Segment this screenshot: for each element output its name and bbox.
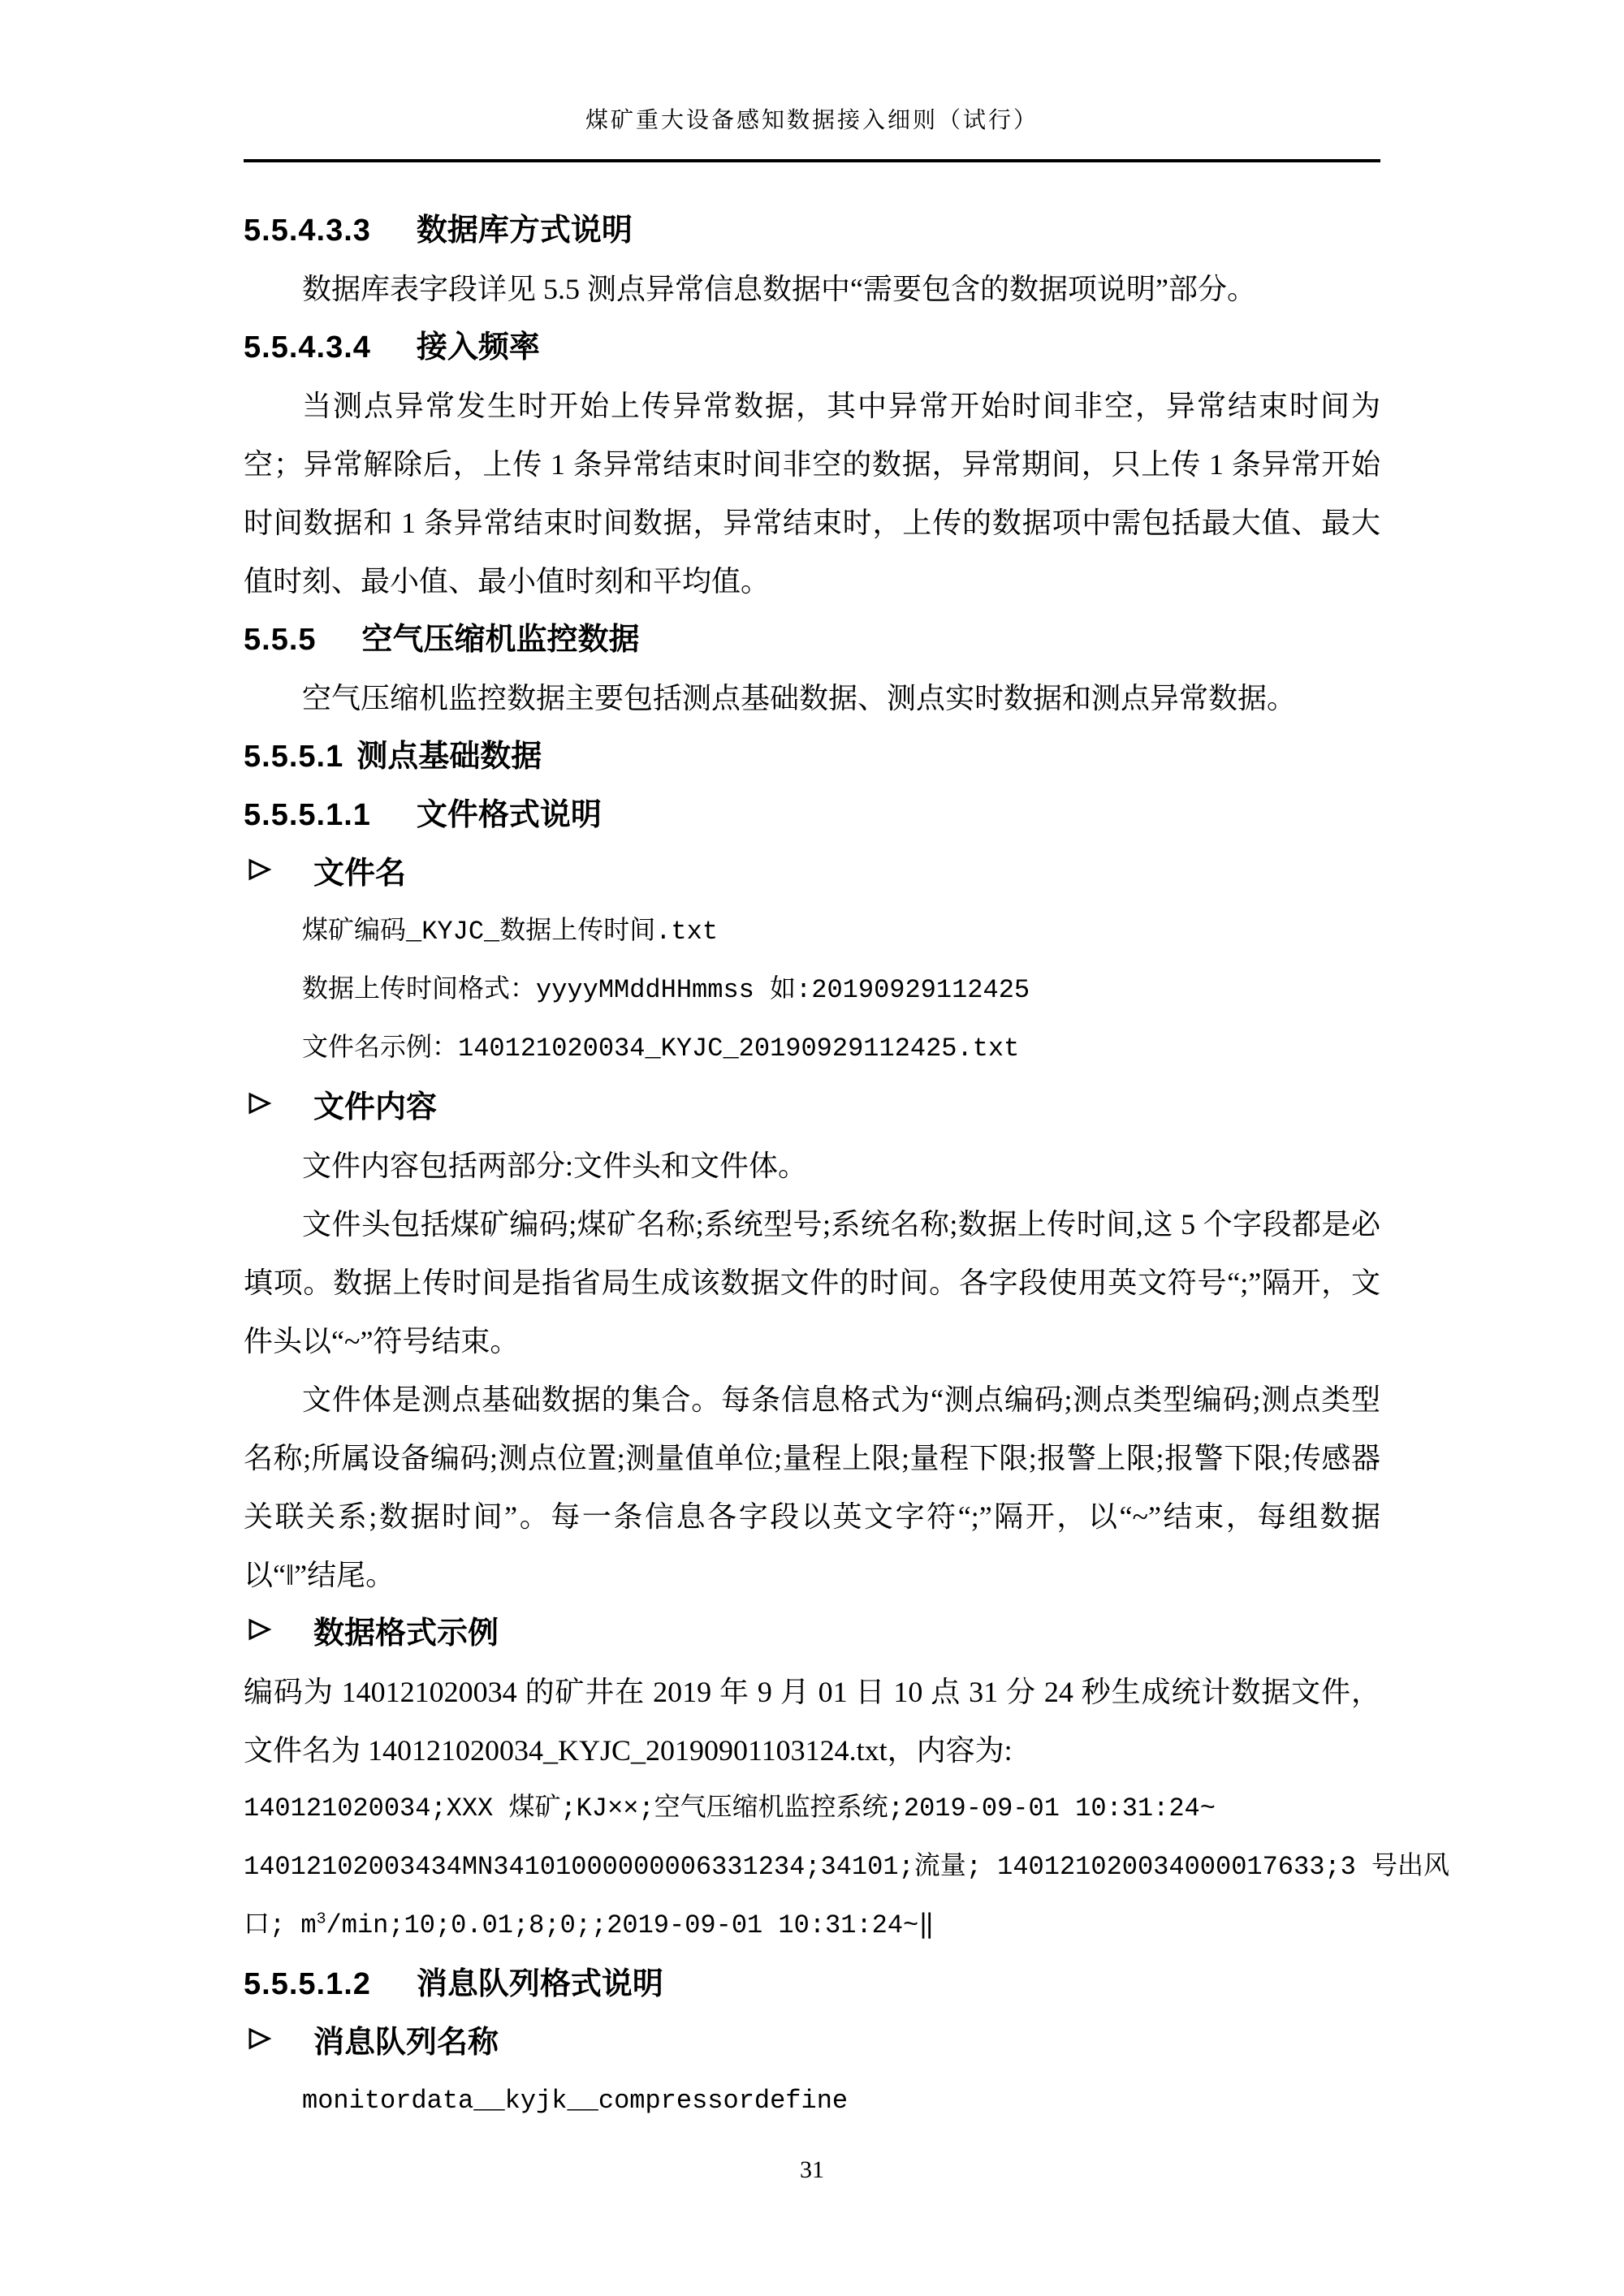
bullet-label: 文件内容: [313, 1078, 437, 1137]
arrow-bullet-icon: [247, 1078, 273, 1137]
heading-file-format: 5.5.5.1.1 文件格式说明: [244, 786, 1380, 844]
record-suffix: /min;10;0.01;8;0;;2019-09-01 10:31:24~‖: [326, 1910, 935, 1940]
heading-number: 5.5.4.3.4: [244, 318, 371, 377]
page-number: 31: [0, 2156, 1624, 2184]
heading-number: 5.5.5: [244, 611, 317, 669]
bullet-file-name: 文件名: [244, 844, 1380, 903]
bullet-data-format-example: 数据格式示例: [244, 1604, 1380, 1663]
paragraph-db-fields-note: 数据库表字段详见 5.5 测点异常信息数据中“需要包含的数据项说明”部分。: [244, 260, 1380, 318]
bullet-label: 数据格式示例: [313, 1604, 499, 1663]
cubic-meter-superscript: 3: [317, 1909, 326, 1927]
file-name-example: 文件名示例：140121020034_KYJC_20190929112425.t…: [244, 1020, 1380, 1078]
arrow-bullet-icon: [247, 844, 273, 903]
heading-access-frequency: 5.5.4.3.4 接入频率: [244, 318, 1380, 377]
example-record-body-line1: 14012102003434MN34101000000006331234;341…: [244, 1838, 1380, 1897]
heading-compressor-data: 5.5.5 空气压缩机监控数据: [244, 611, 1380, 669]
heading-number: 5.5.5.1: [244, 727, 343, 786]
paragraph-file-header-desc: 文件头包括煤矿编码;煤矿名称;系统型号;系统名称;数据上传时间,这 5 个字段都…: [244, 1195, 1380, 1370]
document-page: 煤矿重大设备感知数据接入细则（试行） 5.5.4.3.3 数据库方式说明 数据库…: [0, 0, 1624, 2296]
paragraph-example-intro: 编码为 140121020034 的矿井在 2019 年 9 月 01 日 10…: [244, 1663, 1380, 1780]
heading-db-method: 5.5.4.3.3 数据库方式说明: [244, 201, 1380, 260]
upload-time-format: 数据上传时间格式：yyyyMMddHHmmss 如:20190929112425: [244, 961, 1380, 1020]
heading-number: 5.5.5.1.1: [244, 786, 371, 844]
paragraph-content-parts: 文件内容包括两部分:文件头和文件体。: [244, 1137, 1380, 1195]
file-name-template: 煤矿编码_KYJC_数据上传时间.txt: [244, 903, 1380, 961]
heading-title: 测点基础数据: [356, 727, 542, 786]
header-rule: [244, 159, 1380, 162]
bullet-label: 消息队列名称: [313, 2013, 499, 2072]
record-prefix: 口; m: [244, 1910, 317, 1940]
example-record-body-line2: 口; m3/min;10;0.01;8;0;;2019-09-01 10:31:…: [244, 1897, 1380, 1955]
heading-title: 文件格式说明: [417, 786, 602, 844]
bullet-file-content: 文件内容: [244, 1078, 1380, 1137]
heading-title: 空气压缩机监控数据: [362, 611, 640, 669]
heading-number: 5.5.4.3.3: [244, 201, 371, 260]
document-body: 5.5.4.3.3 数据库方式说明 数据库表字段详见 5.5 测点异常信息数据中…: [244, 201, 1380, 2130]
heading-number: 5.5.5.1.2: [244, 1955, 371, 2013]
bullet-queue-name: 消息队列名称: [244, 2013, 1380, 2072]
heading-title: 数据库方式说明: [417, 201, 633, 260]
arrow-bullet-icon: [247, 2013, 273, 2072]
paragraph-access-frequency: 当测点异常发生时开始上传异常数据，其中异常开始时间非空，异常结束时间为空；异常解…: [244, 377, 1380, 611]
heading-title: 消息队列格式说明: [417, 1955, 663, 2013]
heading-title: 接入频率: [417, 318, 540, 377]
queue-name-value: monitordata__kyjk__compressordefine: [244, 2072, 1380, 2130]
heading-point-base-data: 5.5.5.1 测点基础数据: [244, 727, 1380, 786]
example-record-header: 140121020034;XXX 煤矿;KJ××;空气压缩机监控系统;2019-…: [244, 1780, 1380, 1838]
running-header-title: 煤矿重大设备感知数据接入细则（试行）: [0, 102, 1624, 135]
paragraph-compressor-overview: 空气压缩机监控数据主要包括测点基础数据、测点实时数据和测点异常数据。: [244, 669, 1380, 727]
heading-message-queue-format: 5.5.5.1.2 消息队列格式说明: [244, 1955, 1380, 2013]
paragraph-file-body-desc: 文件体是测点基础数据的集合。每条信息格式为“测点编码;测点类型编码;测点类型名称…: [244, 1370, 1380, 1604]
bullet-label: 文件名: [313, 844, 406, 903]
arrow-bullet-icon: [247, 1604, 273, 1663]
